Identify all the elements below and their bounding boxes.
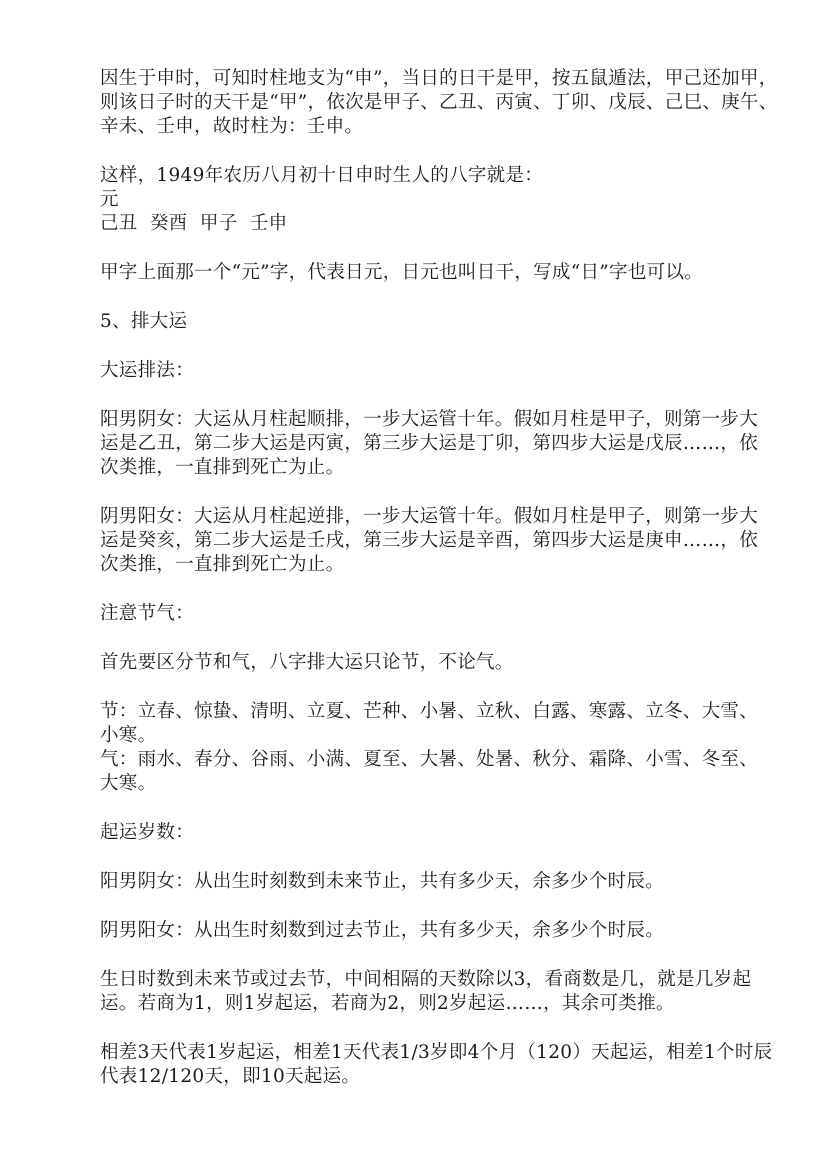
subheading-dayun-method: 大运排法： (100, 359, 740, 383)
paragraph-hour-pillar-explanation: 因生于申时，可知时柱地支为“申”，当日的日干是甲，按五鼠遁法，甲己还加甲， 则该… (100, 67, 740, 139)
jie-terms-line: 节：立春、惊蛰、清明、立夏、芒种、小暑、立秋、白露、寒露、立冬、大雪、 (100, 700, 740, 724)
text-line: 首先要区分节和气，八字排大运只论节，不论气。 (100, 651, 740, 675)
paragraph-solar-terms-list: 节：立春、惊蛰、清明、立夏、芒种、小暑、立秋、白露、寒露、立冬、大雪、 小寒。 … (100, 700, 740, 796)
paragraph-bazi-result: 这样，1949年农历八月初十日申时生人的八字就是： 元 己丑 癸酉 甲子 壬申 (100, 164, 740, 236)
text-line: 运。若商为1，则1岁起运，若商为2，则2岁起运……，其余可类推。 (100, 992, 740, 1016)
text-line: 这样，1949年农历八月初十日申时生人的八字就是： (100, 164, 740, 188)
subheading-solar-terms: 注意节气： (100, 602, 740, 626)
paragraph-solar-terms-rule: 首先要区分节和气，八字排大运只论节，不论气。 (100, 651, 740, 675)
text-line: 阴男阳女：从出生时刻数到过去节止，共有多少天，余多少个时辰。 (100, 919, 740, 943)
text-line: 次类推，一直排到死亡为止。 (100, 456, 740, 480)
paragraph-reverse-dayun: 阴男阳女：大运从月柱起逆排，一步大运管十年。假如月柱是甲子，则第一步大 运是癸亥… (100, 505, 740, 577)
text-line: 代表12/120天，即10天起运。 (100, 1065, 740, 1089)
paragraph-starting-age-conversion: 相差3天代表1岁起运，相差1天代表1/3岁即4个月（120）天起运，相差1个时辰… (100, 1041, 740, 1089)
text-line: 辛未、壬申，故时柱为：壬申。 (100, 115, 740, 139)
text-line: 则该日子时的天干是“甲”，依次是甲子、乙丑、丙寅、丁卯、戊辰、己巳、庚午、 (100, 91, 740, 115)
text-line: 因生于申时，可知时柱地支为“申”，当日的日干是甲，按五鼠遁法，甲己还加甲， (100, 67, 740, 91)
text-line: 甲字上面那一个“元”字，代表日元，日元也叫日干，写成“日”字也可以。 (100, 261, 740, 285)
jie-terms-line: 小寒。 (100, 724, 740, 748)
qi-terms-line: 气：雨水、春分、谷雨、小满、夏至、大暑、处暑、秋分、霜降、小雪、冬至、 (100, 748, 740, 772)
text-line: 运是癸亥，第二步大运是壬戌，第三步大运是辛酉，第四步大运是庚申……，依 (100, 529, 740, 553)
subheading-starting-age: 起运岁数： (100, 821, 740, 845)
section-heading-dayun: 5、排大运 (100, 310, 740, 334)
paragraph-starting-age-reverse: 阴男阳女：从出生时刻数到过去节止，共有多少天，余多少个时辰。 (100, 919, 740, 943)
text-line: 阳男阴女：大运从月柱起顺排，一步大运管十年。假如月柱是甲子，则第一步大 (100, 408, 740, 432)
document-page: 因生于申时，可知时柱地支为“申”，当日的日干是甲，按五鼠遁法，甲己还加甲， 则该… (100, 67, 740, 1114)
paragraph-forward-dayun: 阳男阴女：大运从月柱起顺排，一步大运管十年。假如月柱是甲子，则第一步大 运是乙丑… (100, 408, 740, 480)
text-line: 生日时数到未来节或过去节，中间相隔的天数除以3，看商数是几，就是几岁起 (100, 968, 740, 992)
text-line: 相差3天代表1岁起运，相差1天代表1/3岁即4个月（120）天起运，相差1个时辰 (100, 1041, 740, 1065)
heading-text: 大运排法： (100, 359, 740, 383)
paragraph-day-master-note: 甲字上面那一个“元”字，代表日元，日元也叫日干，写成“日”字也可以。 (100, 261, 740, 285)
text-line: 次类推，一直排到死亡为止。 (100, 553, 740, 577)
day-master-marker: 元 (100, 188, 740, 212)
heading-text: 5、排大运 (100, 310, 740, 334)
qi-terms-line: 大寒。 (100, 772, 740, 796)
paragraph-starting-age-forward: 阳男阴女：从出生时刻数到未来节止，共有多少天，余多少个时辰。 (100, 870, 740, 894)
text-line: 运是乙丑，第二步大运是丙寅，第三步大运是丁卯，第四步大运是戊辰……，依 (100, 432, 740, 456)
text-line: 阴男阳女：大运从月柱起逆排，一步大运管十年。假如月柱是甲子，则第一步大 (100, 505, 740, 529)
heading-text: 注意节气： (100, 602, 740, 626)
paragraph-starting-age-division: 生日时数到未来节或过去节，中间相隔的天数除以3，看商数是几，就是几岁起 运。若商… (100, 968, 740, 1016)
heading-text: 起运岁数： (100, 821, 740, 845)
bazi-pillars: 己丑 癸酉 甲子 壬申 (100, 212, 740, 236)
text-line: 阳男阴女：从出生时刻数到未来节止，共有多少天，余多少个时辰。 (100, 870, 740, 894)
